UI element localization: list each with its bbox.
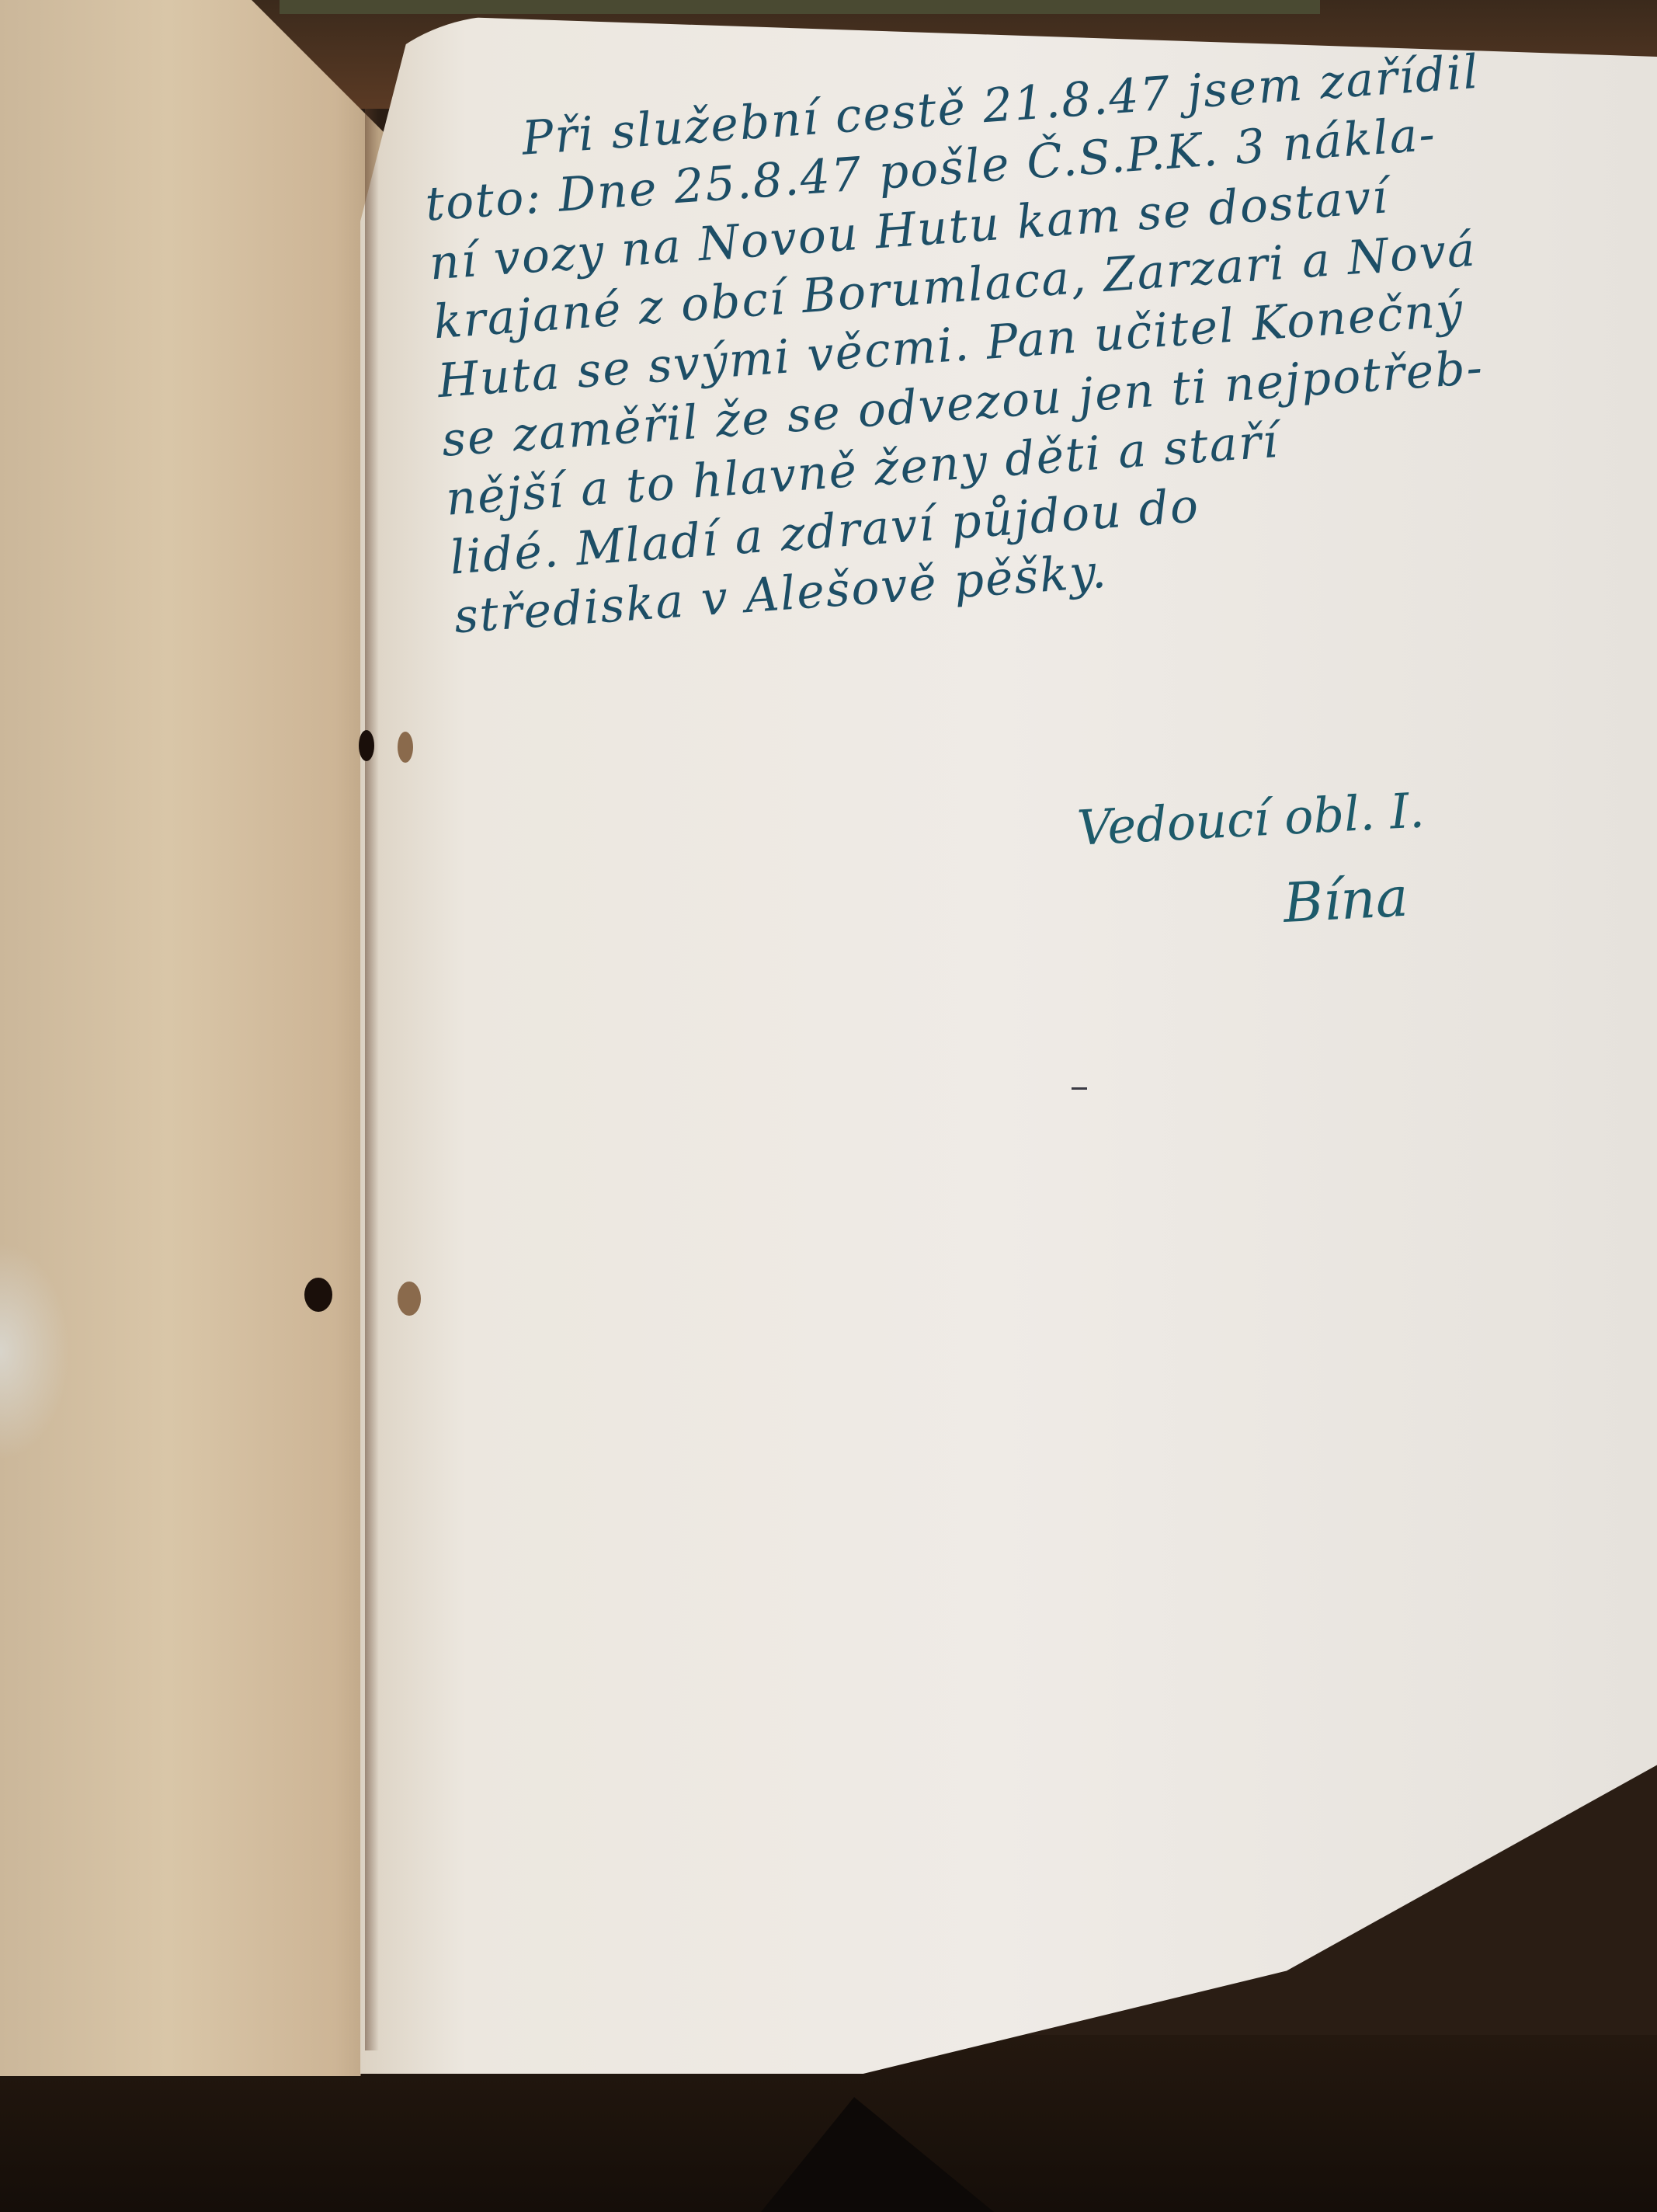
photo-scene: Při služební cestě 21.8.47 jsem zařídil … [0,0,1657,2212]
handwritten-body: Při služební cestě 21.8.47 jsem zařídil … [419,30,1657,646]
punch-hole-icon [304,1278,332,1312]
left-page [0,0,419,2097]
object-on-desk [280,0,1320,14]
page-gutter [365,109,379,2050]
finger-blur [0,1243,70,1460]
ink-mark [1072,1087,1087,1090]
punch-hole-icon [398,1282,421,1316]
punch-hole-icon [359,730,374,761]
punch-hole-icon [398,732,413,763]
signature-name: Bína [1079,853,1431,956]
signature-block: Vedoucí obl. I. Bína [1075,767,1431,956]
